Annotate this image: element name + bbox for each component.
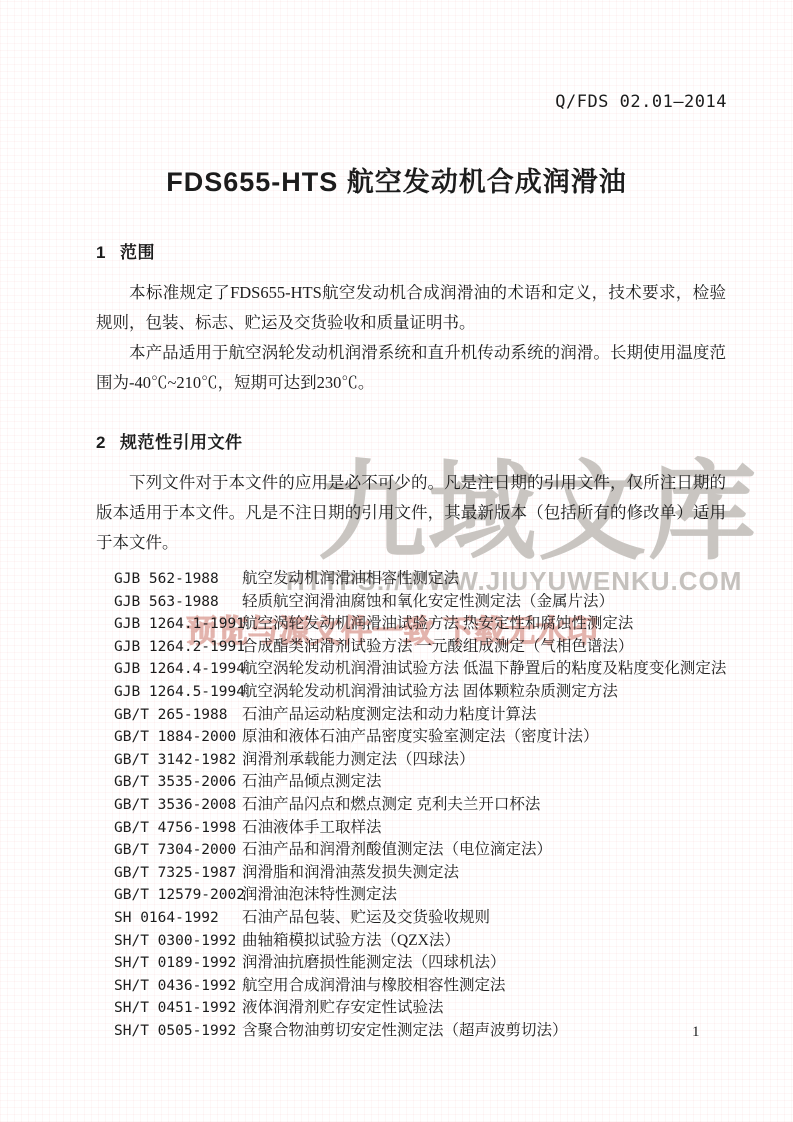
reference-item: GB/T 4756-1998石油液体手工取样法 bbox=[96, 817, 726, 840]
reference-item: SH/T 0189-1992润滑油抗磨损性能测定法（四球机法） bbox=[96, 952, 726, 975]
standard-code: Q/FDS 02.01—2014 bbox=[555, 92, 727, 112]
reference-title: 液体润滑剂贮存安定性试验法 bbox=[242, 999, 444, 1016]
reference-title: 润滑油泡沫特性测定法 bbox=[242, 886, 397, 903]
references-list: GJB 562-1988航空发动机润滑油相容性测定法 GJB 563-1988轻… bbox=[96, 568, 726, 1042]
reference-code: SH/T 0436-1992 bbox=[114, 975, 242, 998]
reference-item: GB/T 7304-2000石油产品和润滑剂酸值测定法（电位滴定法） bbox=[96, 839, 726, 862]
reference-code: GB/T 3536-2008 bbox=[114, 794, 242, 817]
reference-item: GJB 1264.2-1991合成酯类润滑剂试验方法 一元酸组成测定（气相色谱法… bbox=[96, 636, 726, 659]
reference-code: GB/T 1884-2000 bbox=[114, 726, 242, 749]
section-1-number: 1 bbox=[96, 243, 106, 263]
reference-title: 航空涡轮发动机润滑油试验方法 热安定性和腐蚀性测定法 bbox=[242, 615, 633, 632]
reference-item: GJB 1264.4-1994航空涡轮发动机润滑油试验方法 低温下静置后的粘度及… bbox=[96, 658, 726, 681]
reference-code: GB/T 265-1988 bbox=[114, 704, 242, 727]
reference-title: 原油和液体石油产品密度实验室测定法（密度计法） bbox=[242, 728, 599, 745]
document-page: 九域文库 HTTPS://WWW.JIUYUWENKU.COM 预览与源文件一致… bbox=[0, 0, 793, 1122]
reference-code: GJB 1264.4-1994 bbox=[114, 658, 242, 681]
reference-title: 航空涡轮发动机润滑油试验方法 固体颗粒杂质测定方法 bbox=[242, 683, 618, 700]
reference-code: GJB 562-1988 bbox=[114, 568, 242, 591]
reference-item: SH/T 0451-1992液体润滑剂贮存安定性试验法 bbox=[96, 997, 726, 1020]
reference-code: SH/T 0300-1992 bbox=[114, 930, 242, 953]
page-number: 1 bbox=[692, 1024, 700, 1041]
reference-item: GB/T 7325-1987润滑脂和润滑油蒸发损失测定法 bbox=[96, 862, 726, 885]
reference-item: GB/T 3535-2006石油产品倾点测定法 bbox=[96, 771, 726, 794]
reference-item: GJB 563-1988轻质航空润滑油腐蚀和氧化安定性测定法（金属片法） bbox=[96, 591, 726, 614]
section-2-label: 规范性引用文件 bbox=[120, 433, 243, 452]
reference-code: GJB 1264.1-1991 bbox=[114, 613, 242, 636]
reference-code: GJB 1264.2-1991 bbox=[114, 636, 242, 659]
reference-title: 石油产品和润滑剂酸值测定法（电位滴定法） bbox=[242, 841, 552, 858]
reference-code: GB/T 3142-1982 bbox=[114, 749, 242, 772]
reference-code: SH/T 0189-1992 bbox=[114, 952, 242, 975]
reference-code: GB/T 3535-2006 bbox=[114, 771, 242, 794]
reference-title: 润滑剂承载能力测定法（四球法） bbox=[242, 751, 475, 768]
reference-title: 石油产品运动粘度测定法和动力粘度计算法 bbox=[242, 706, 537, 723]
reference-code: SH 0164-1992 bbox=[114, 907, 242, 930]
reference-item: SH/T 0505-1992含聚合物油剪切安定性测定法（超声波剪切法） bbox=[96, 1020, 726, 1043]
reference-title: 石油液体手工取样法 bbox=[242, 819, 382, 836]
section-2-heading: 2规范性引用文件 bbox=[96, 428, 726, 453]
reference-title: 石油产品倾点测定法 bbox=[242, 773, 382, 790]
reference-title: 航空涡轮发动机润滑油试验方法 低温下静置后的粘度及粘度变化测定法 bbox=[242, 660, 726, 677]
reference-title: 含聚合物油剪切安定性测定法（超声波剪切法） bbox=[242, 1022, 568, 1039]
document-body: 1范围 本标准规定了FDS655-HTS航空发动机合成润滑油的术语和定义，技术要… bbox=[96, 238, 726, 1042]
reference-title: 合成酯类润滑剂试验方法 一元酸组成测定（气相色谱法） bbox=[242, 638, 633, 655]
reference-title: 航空发动机润滑油相容性测定法 bbox=[242, 570, 459, 587]
reference-item: GB/T 1884-2000原油和液体石油产品密度实验室测定法（密度计法） bbox=[96, 726, 726, 749]
scope-paragraph-2: 本产品适用于航空涡轮发动机润滑系统和直升机传动系统的润滑。长期使用温度范围为-4… bbox=[96, 338, 726, 398]
reference-title: 润滑油抗磨损性能测定法（四球机法） bbox=[242, 954, 506, 971]
reference-code: GB/T 12579-2002 bbox=[114, 884, 242, 907]
reference-item: GB/T 265-1988石油产品运动粘度测定法和动力粘度计算法 bbox=[96, 704, 726, 727]
reference-item: GB/T 12579-2002润滑油泡沫特性测定法 bbox=[96, 884, 726, 907]
scope-paragraph-1: 本标准规定了FDS655-HTS航空发动机合成润滑油的术语和定义，技术要求，检验… bbox=[96, 278, 726, 338]
reference-title: 轻质航空润滑油腐蚀和氧化安定性测定法（金属片法） bbox=[242, 593, 614, 610]
section-1-heading: 1范围 bbox=[96, 238, 726, 263]
reference-item: SH 0164-1992石油产品包装、贮运及交货验收规则 bbox=[96, 907, 726, 930]
reference-item: GB/T 3142-1982润滑剂承载能力测定法（四球法） bbox=[96, 749, 726, 772]
reference-title: 航空用合成润滑油与橡胶相容性测定法 bbox=[242, 977, 506, 994]
reference-code: GJB 1264.5-1994 bbox=[114, 681, 242, 704]
references-intro-paragraph: 下列文件对于本文件的应用是必不可少的。凡是注日期的引用文件，仅所注日期的版本适用… bbox=[96, 468, 726, 558]
reference-code: SH/T 0451-1992 bbox=[114, 997, 242, 1020]
reference-item: GJB 562-1988航空发动机润滑油相容性测定法 bbox=[96, 568, 726, 591]
reference-code: GB/T 7325-1987 bbox=[114, 862, 242, 885]
reference-code: SH/T 0505-1992 bbox=[114, 1020, 242, 1043]
reference-code: GB/T 7304-2000 bbox=[114, 839, 242, 862]
reference-item: GJB 1264.5-1994航空涡轮发动机润滑油试验方法 固体颗粒杂质测定方法 bbox=[96, 681, 726, 704]
reference-title: 润滑脂和润滑油蒸发损失测定法 bbox=[242, 864, 459, 881]
reference-item: GB/T 3536-2008石油产品闪点和燃点测定 克利夫兰开口杯法 bbox=[96, 794, 726, 817]
reference-code: GB/T 4756-1998 bbox=[114, 817, 242, 840]
reference-code: GJB 563-1988 bbox=[114, 591, 242, 614]
section-1-label: 范围 bbox=[120, 243, 155, 262]
reference-item: SH/T 0436-1992航空用合成润滑油与橡胶相容性测定法 bbox=[96, 975, 726, 998]
reference-title: 石油产品闪点和燃点测定 克利夫兰开口杯法 bbox=[242, 796, 540, 813]
reference-item: GJB 1264.1-1991航空涡轮发动机润滑油试验方法 热安定性和腐蚀性测定… bbox=[96, 613, 726, 636]
reference-item: SH/T 0300-1992曲轴箱模拟试验方法（QZX法） bbox=[96, 930, 726, 953]
section-2-number: 2 bbox=[96, 433, 106, 453]
reference-title: 石油产品包装、贮运及交货验收规则 bbox=[242, 909, 490, 926]
document-title: FDS655-HTS 航空发动机合成润滑油 bbox=[0, 160, 793, 199]
reference-title: 曲轴箱模拟试验方法（QZX法） bbox=[242, 932, 460, 949]
